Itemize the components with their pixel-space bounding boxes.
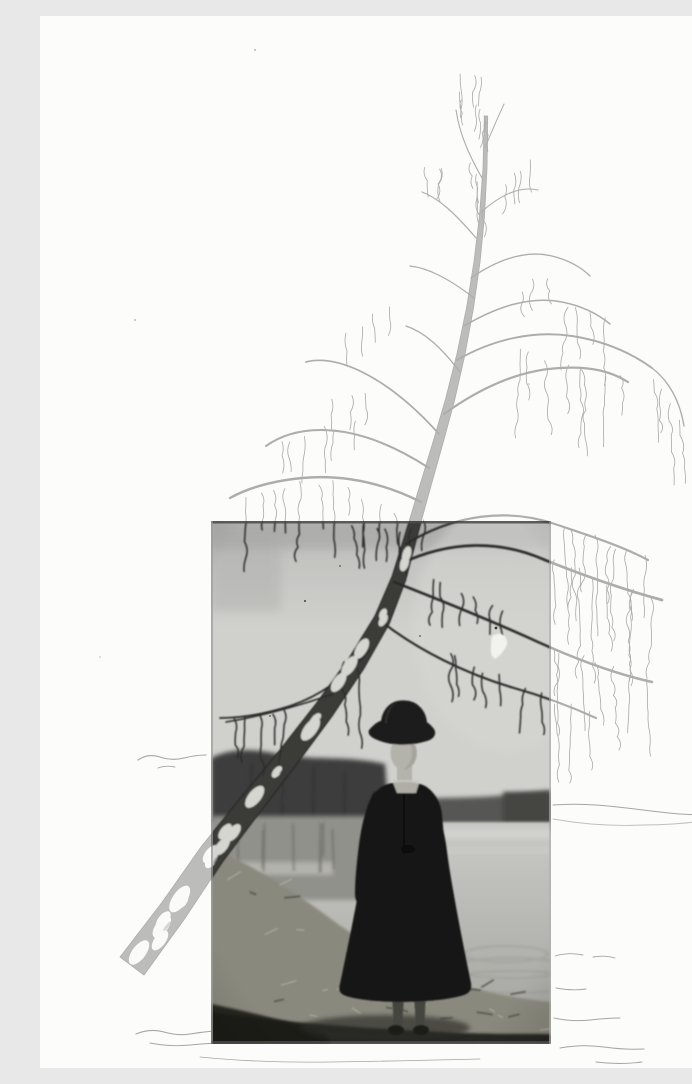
scene-canvas: Black-and-white photograph of a woman in… <box>40 16 692 1068</box>
photomontage: Black-and-white photograph of a woman in… <box>40 16 692 1068</box>
photo-right-edge <box>549 521 551 1044</box>
photo-vignette <box>211 521 551 1044</box>
photo-left-edge <box>211 521 213 1044</box>
photo-bottom-edge <box>211 1041 551 1044</box>
photo-top-edge <box>211 521 551 524</box>
